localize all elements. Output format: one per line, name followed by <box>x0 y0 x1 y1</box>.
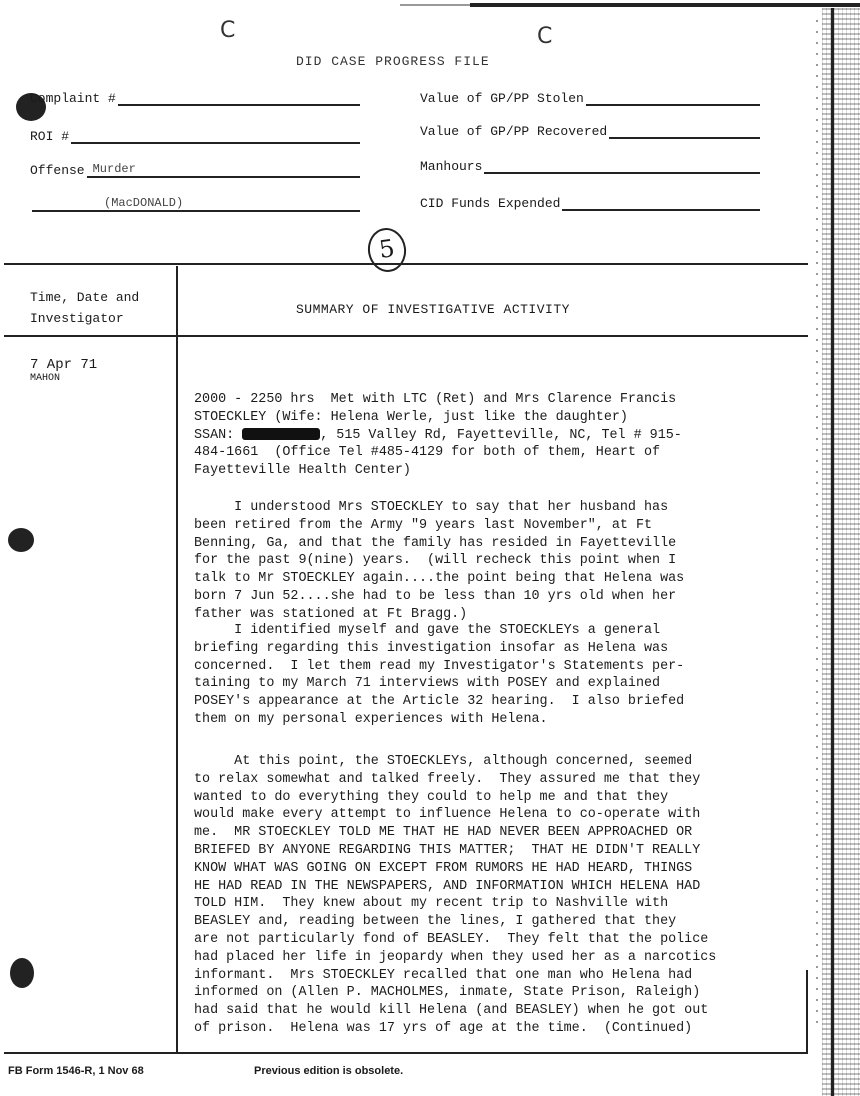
offense-field: Offense Murder <box>30 162 360 178</box>
text-line: At this point, the STOECKLEYs, although … <box>194 753 794 771</box>
column-header-line: Time, Date and <box>30 287 139 308</box>
text-line: briefing regarding this investigation in… <box>194 640 794 658</box>
text-line: to relax somewhat and talked freely. The… <box>194 771 794 789</box>
value-recovered-field: Value of GP/PP Recovered <box>420 123 760 139</box>
text-line: of prison. Helena was 17 yrs of age at t… <box>194 1020 794 1038</box>
field-label: Manhours <box>420 159 484 174</box>
field-value <box>484 158 760 174</box>
text-line: would make every attempt to influence He… <box>194 806 794 824</box>
text-line: wanted to do everything they could to he… <box>194 789 794 807</box>
text-line: POSEY's appearance at the Article 32 hea… <box>194 693 794 711</box>
table-column-divider <box>176 266 178 1054</box>
text-line: 484-1661 (Office Tel #485-4129 for both … <box>194 444 794 462</box>
obsolete-notice: Previous edition is obsolete. <box>254 1065 403 1077</box>
text-line: I understood Mrs STOECKLEY to say that h… <box>194 499 794 517</box>
perforation-dots <box>816 20 818 1030</box>
text-line: been retired from the Army "9 years last… <box>194 517 794 535</box>
field-value <box>71 128 360 144</box>
entry-investigator: MAHON <box>30 372 97 386</box>
text-line: born 7 Jun 52....she had to be less than… <box>194 588 794 606</box>
hole-punch-blot <box>10 958 34 988</box>
text-line: HE HAD READ IN THE NEWSPAPERS, AND INFOR… <box>194 878 794 896</box>
scan-edge-right-line <box>831 8 834 1096</box>
field-value <box>562 195 760 211</box>
text-line: BEASLEY and, reading between the lines, … <box>194 913 794 931</box>
complaint-number-field: Complaint # <box>30 90 360 106</box>
paragraph-interview: At this point, the STOECKLEYs, although … <box>194 753 794 1038</box>
entry-date: 7 Apr 71 <box>30 357 97 373</box>
text-line: had said that he would kill Helena (and … <box>194 1002 794 1020</box>
table-top-rule <box>4 263 808 265</box>
table-right-border <box>806 970 808 1054</box>
text-line: them on my personal experiences with Hel… <box>194 711 794 729</box>
scan-edge-top-fade <box>400 4 470 6</box>
redaction-block <box>242 428 320 440</box>
circled-page-number: 5 <box>365 226 409 275</box>
field-value <box>586 90 760 106</box>
handwritten-mark-icon: C <box>537 24 552 49</box>
paragraph-meeting: 2000 - 2250 hrs Met with LTC (Ret) and M… <box>194 391 794 480</box>
funds-expended-field: CID Funds Expended <box>420 195 760 211</box>
offense-continuation-field: (MacDONALD) <box>30 196 360 212</box>
field-label: ROI # <box>30 129 71 144</box>
field-value <box>118 90 360 106</box>
text-segment: SSAN: <box>194 428 242 443</box>
paragraph-retirement: I understood Mrs STOECKLEY to say that h… <box>194 499 794 624</box>
field-label: Value of GP/PP Recovered <box>420 124 609 139</box>
text-line: concerned. I let them read my Investigat… <box>194 658 794 676</box>
field-value: Murder <box>87 162 360 178</box>
entry-date-investigator: 7 Apr 71 MAHON <box>30 358 97 386</box>
text-segment: , 515 Valley Rd, Fayetteville, NC, Tel #… <box>320 428 682 443</box>
text-line: 2000 - 2250 hrs Met with LTC (Ret) and M… <box>194 391 794 409</box>
field-label: Complaint # <box>30 91 118 106</box>
text-line: Fayetteville Health Center) <box>194 462 794 480</box>
text-line: talk to Mr STOECKLEY again....the point … <box>194 570 794 588</box>
field-label: Value of GP/PP Stolen <box>420 91 586 106</box>
text-line: KNOW WHAT WAS GOING ON EXCEPT FROM RUMOR… <box>194 860 794 878</box>
field-value: (MacDONALD) <box>32 196 360 212</box>
hole-punch-blot <box>8 528 34 552</box>
text-line: taining to my March 71 interviews with P… <box>194 675 794 693</box>
text-line: BRIEFED BY ANYONE REGARDING THIS MATTER;… <box>194 842 794 860</box>
table-header-rule <box>4 335 808 337</box>
text-line: I identified myself and gave the STOECKL… <box>194 622 794 640</box>
text-line: informant. Mrs STOECKLEY recalled that o… <box>194 967 794 985</box>
column-header-line: Investigator <box>30 308 139 329</box>
field-label: Offense <box>30 163 87 178</box>
text-line: TOLD HIM. They knew about my recent trip… <box>194 895 794 913</box>
text-line: SSAN: , 515 Valley Rd, Fayetteville, NC,… <box>194 427 794 445</box>
column-header-time-date-investigator: Time, Date and Investigator <box>30 287 139 329</box>
text-line: for the past 9(nine) years. (will rechec… <box>194 552 794 570</box>
value-stolen-field: Value of GP/PP Stolen <box>420 90 760 106</box>
form-identifier: FB Form 1546-R, 1 Nov 68 <box>8 1065 144 1077</box>
scan-edge-right <box>822 8 860 1096</box>
handwritten-mark-icon: C <box>220 18 235 43</box>
table-bottom-rule <box>4 1052 808 1054</box>
text-line: STOECKLEY (Wife: Helena Werle, just like… <box>194 409 794 427</box>
paragraph-briefing: I identified myself and gave the STOECKL… <box>194 622 794 729</box>
text-line: Benning, Ga, and that the family has res… <box>194 535 794 553</box>
text-line: me. MR STOECKLEY TOLD ME THAT HE HAD NEV… <box>194 824 794 842</box>
roi-number-field: ROI # <box>30 128 360 144</box>
text-line: informed on (Allen P. MACHOLMES, inmate,… <box>194 984 794 1002</box>
field-label: CID Funds Expended <box>420 196 562 211</box>
manhours-field: Manhours <box>420 158 760 174</box>
scan-edge-top <box>470 3 860 7</box>
form-title: DID CASE PROGRESS FILE <box>296 54 490 69</box>
text-line: had placed her life in jeopardy when the… <box>194 949 794 967</box>
column-header-summary: SUMMARY OF INVESTIGATIVE ACTIVITY <box>296 302 570 317</box>
field-value <box>609 123 760 139</box>
text-line: father was stationed at Ft Bragg.) <box>194 606 794 624</box>
text-line: are not particularly fond of BEASLEY. Th… <box>194 931 794 949</box>
